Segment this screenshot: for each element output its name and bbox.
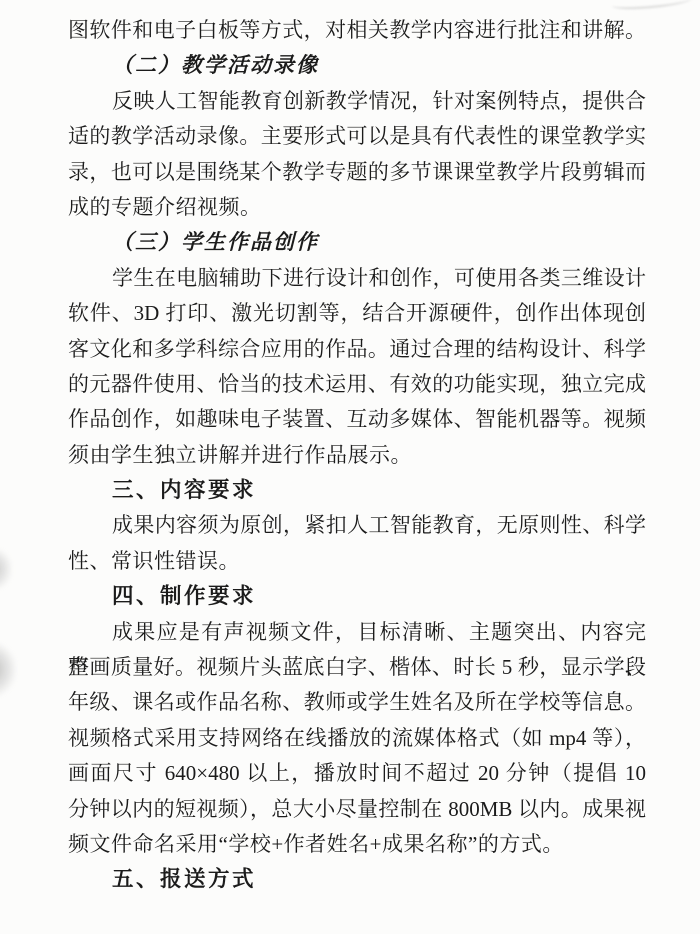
scan-smudge-left-lower [0,642,16,697]
scan-smudge-left-upper [0,548,12,590]
document-line: 视频格式采用支持网络在线播放的流媒体格式（如 mp4 等）， [68,721,646,756]
document-line: 反映人工智能教育创新教学情况，针对案例特点，提供合 [68,84,646,119]
document-line: 学生在电脑辅助下进行设计和创作，可使用各类三维设计 [68,261,646,296]
document-line: 成果内容须为原创，紧扣人工智能教育，无原则性、科学 [68,508,646,543]
document-line: 声画质量好。视频片头蓝底白字、楷体、时长 5 秒，显示学段 [68,650,646,685]
document-line: 录，也可以是围绕某个教学专题的多节课课堂教学片段剪辑而 [68,155,646,190]
section-heading: 三、内容要求 [68,473,646,508]
document-line: 成果应是有声视频文件，目标清晰、主题突出、内容完整、 [68,615,646,650]
section-heading: 四、制作要求 [68,579,646,614]
document-line: 客文化和多学科综合应用的作品。通过合理的结构设计、科学 [68,332,646,367]
scan-streak-top-right [612,0,693,11]
document-line: 适的教学活动录像。主要形式可以是具有代表性的课堂教学实 [68,119,646,154]
section-heading: 五、报送方式 [68,862,646,897]
document-text-block: 图软件和电子白板等方式，对相关教学内容进行批注和讲解。（二）教学活动录像反映人工… [68,13,646,898]
document-line: 软件、3D 打印、激光切割等，结合开源硬件，创作出体现创 [68,296,646,331]
sub-heading: （二）教学活动录像 [68,48,646,83]
sub-heading: （三）学生作品创作 [68,225,646,260]
document-line: 成的专题介绍视频。 [68,190,646,225]
document-line: 作品创作，如趣味电子装置、互动多媒体、智能机器等。视频 [68,402,646,437]
document-line: 的元器件使用、恰当的技术运用、有效的功能实现，独立完成 [68,367,646,402]
document-line: 画面尺寸 640×480 以上，播放时间不超过 20 分钟（提倡 10 [68,756,646,791]
scanned-document-page: 图软件和电子白板等方式，对相关教学内容进行批注和讲解。（二）教学活动录像反映人工… [0,0,700,934]
document-line: 图软件和电子白板等方式，对相关教学内容进行批注和讲解。 [68,13,646,48]
document-line: 分钟以内的短视频），总大小尽量控制在 800MB 以内。成果视 [68,792,646,827]
document-line: 须由学生独立讲解并进行作品展示。 [68,438,646,473]
document-line: 年级、课名或作品名称、教师或学生姓名及所在学校等信息。 [68,685,646,720]
document-line: 频文件命名采用“学校+作者姓名+成果名称”的方式。 [68,827,646,862]
document-line: 性、常识性错误。 [68,544,646,579]
